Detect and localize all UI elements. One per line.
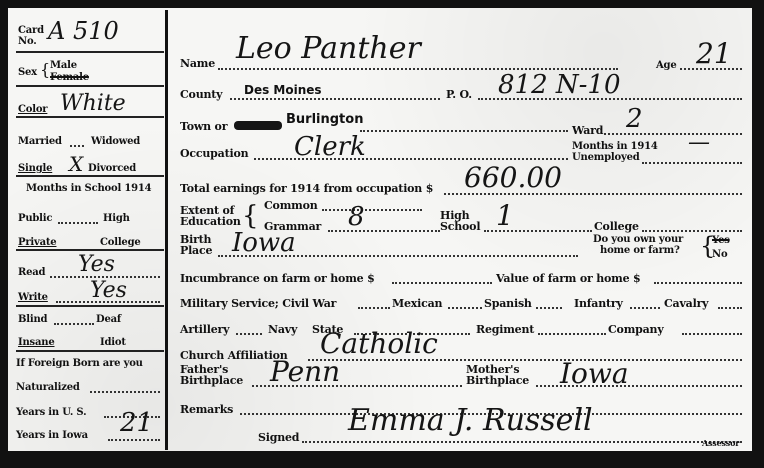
incumbrance-label: Incumbrance on farm or home $ [180,273,375,284]
brace-icon: { [40,59,50,81]
ward-value: 2 [626,106,643,132]
census-card: CardNo. Card No. A 510 Sex { Male Female… [8,8,752,451]
insane-label: Insane [18,337,55,348]
earnings-value: 660.00 [464,164,562,192]
father-label-2: Birthplace [180,375,243,386]
father-value: Penn [270,358,340,386]
occupation-value: Clerk [294,134,366,160]
signed-label: Signed [258,432,299,443]
name-value: Leo Panther [236,34,421,64]
widowed-label: Widowed [91,136,140,147]
sex-option-female: Female [50,72,89,83]
military-label: Military Service; Civil War [180,298,336,309]
company-label: Company [608,324,664,335]
divider [16,51,164,53]
church-value: Catholic [320,330,438,358]
regiment-label: Regiment [476,324,534,335]
divider [16,85,164,87]
spanish-label: Spanish [484,298,532,309]
po-label: P. O. [446,89,472,100]
town-label: Town or [180,121,227,132]
public-label: Public [18,213,52,224]
write-value: Yes [90,280,127,302]
mexican-label: Mexican [392,298,442,309]
own-home-label-2: home or farm? [600,245,680,256]
remarks-label: Remarks [180,404,233,415]
private-label: Private [18,237,56,248]
birth-label-2: Place [180,245,212,256]
single-mark: X [69,153,83,175]
read-label: Read [18,267,45,278]
years-us-label: Years in U. S. [16,407,86,418]
column-divider [165,10,168,450]
cavalry-label: Cavalry [664,298,708,309]
idiot-label: Idiot [100,337,126,348]
read-value: Yes [78,254,115,276]
town-value: Burlington [286,114,363,126]
county-label: County [180,89,222,100]
years-iowa-value: 21 [120,412,153,434]
married-label: Married [18,136,62,147]
single-label: Single [18,163,52,174]
high-school-label-2: School [440,221,480,232]
high-label: High [103,213,130,224]
foreign-born-label: If Foreign Born are you [16,358,143,369]
divider [16,116,164,118]
county-value: Des Moines [244,84,322,96]
own-option-no: No [712,249,727,260]
artillery-label: Artillery [180,324,229,335]
color-label: Color [18,104,47,115]
assessor-label: Assessor [702,438,739,449]
earnings-label: Total earnings for 1914 from occupation … [180,183,433,194]
navy-label: Navy [268,324,297,335]
college-label: College [594,221,639,232]
sex-label: Sex [18,67,37,78]
divider [16,350,164,352]
card-no-value: A 510 [48,20,119,42]
po-value: 812 N-10 [498,72,621,98]
divider [16,305,164,307]
age-label: Age [656,60,677,71]
signed-value: Emma J. Russell [348,406,593,436]
infantry-label: Infantry [574,298,623,309]
sex-option-male: Male [50,60,77,71]
age-value: 21 [696,40,732,68]
naturalized-label: Naturalized [16,382,80,393]
mother-label-2: Birthplace [466,375,529,386]
months-unemployed-label-1: Months in 1914 [572,141,658,152]
birth-value: Iowa [232,230,296,256]
value-label: Value of farm or home $ [496,273,641,284]
write-label: Write [18,292,48,303]
months-school-heading: Months in School 1914 [26,183,151,194]
blind-label: Blind [18,314,47,325]
name-label: Name [180,58,215,69]
brace-icon: { [242,203,259,229]
own-option-yes: Yes [712,235,730,246]
divider [16,249,164,251]
mother-value: Iowa [560,360,629,388]
deaf-label: Deaf [96,314,121,325]
college-label: College [100,237,141,248]
own-home-label-1: Do you own your [593,234,683,245]
years-iowa-label: Years in Iowa [16,430,88,441]
divorced-label: Divorced [88,163,136,174]
months-unemployed-label-2: Unemployed [572,152,640,163]
card-no-label: CardNo. [18,25,44,47]
divider [16,175,164,177]
township-struck-out [234,121,282,130]
extent-label-2: Education [180,216,241,227]
grammar-value: 8 [348,204,365,230]
common-label: Common [264,200,318,211]
occupation-label: Occupation [180,148,248,159]
high-school-value: 1 [496,202,514,230]
months-unemployed-value: — [688,132,710,154]
ward-label: Ward [572,125,603,136]
color-value: White [60,93,126,115]
